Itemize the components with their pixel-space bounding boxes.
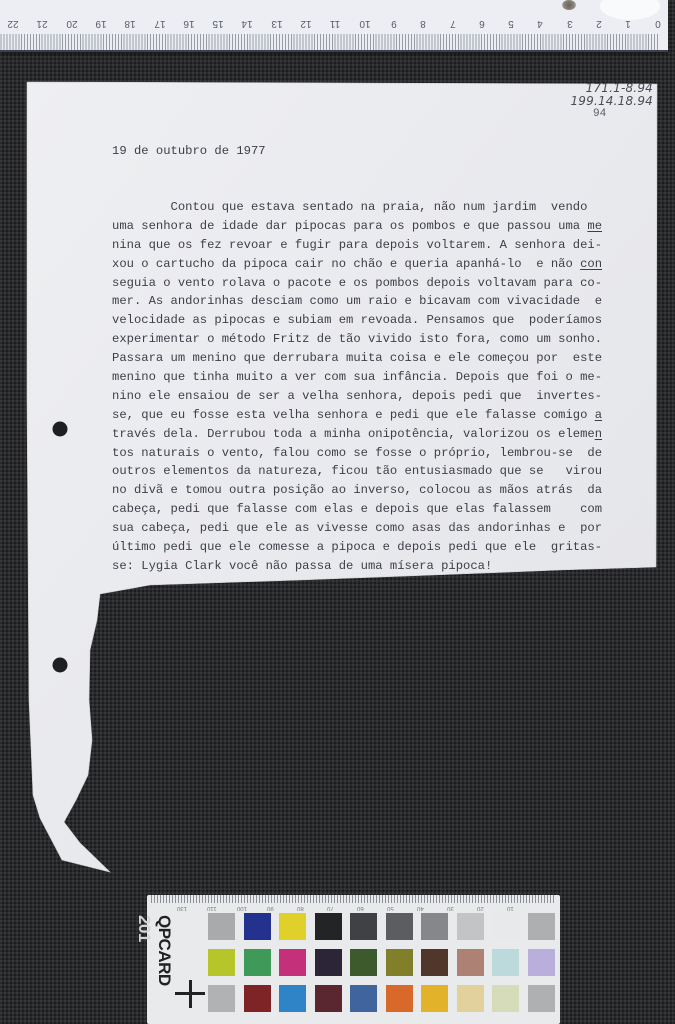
card-scale-label: 50	[387, 905, 394, 911]
text-line: menino que tinha muito a ver com sua inf…	[112, 368, 647, 387]
text-line: experimentar o método Fritz de tão vivid…	[112, 330, 647, 349]
color-swatch	[492, 913, 519, 940]
text-line: través dela. Derrubou toda a minha onipo…	[112, 425, 647, 444]
card-model: 201	[135, 915, 154, 942]
color-swatch	[279, 913, 306, 940]
color-swatch	[315, 913, 342, 940]
text-line: nina que os fez revoar e fugir para depo…	[112, 236, 647, 255]
color-swatch	[279, 949, 306, 976]
text-line: último pedi que ele comesse a pipoca e d…	[112, 538, 647, 557]
punch-hole-top	[53, 422, 68, 437]
text-line: se, que eu fosse esta velha senhora e pe…	[112, 406, 647, 425]
color-swatch	[421, 913, 448, 940]
text-line: seguia o vento rolava o pacote e os pomb…	[112, 274, 647, 293]
archive-code: 199.14.18.94	[570, 95, 653, 108]
text-line: sua cabeça, pedi que ele as vivesse como…	[112, 519, 647, 538]
text-line: Contou que estava sentado na praia, não …	[112, 198, 647, 217]
color-swatch	[350, 985, 377, 1012]
text-line: no divã e tomou outra posição ao inverso…	[112, 481, 647, 500]
color-swatch	[208, 985, 235, 1012]
archive-codes: 171.1-8.94 199.14.18.94	[570, 82, 653, 108]
card-scale-label: 110	[207, 905, 217, 911]
color-swatch	[492, 949, 519, 976]
color-swatch	[244, 985, 271, 1012]
color-swatch	[315, 985, 342, 1012]
color-calibration-card: 130110100908070605040302010 QPCARD 201	[147, 895, 560, 1024]
color-swatch	[350, 949, 377, 976]
color-swatch	[457, 985, 484, 1012]
color-swatch	[386, 949, 413, 976]
color-swatch	[208, 913, 235, 940]
text-line: velocidade as pipocas e subiam em revoad…	[112, 311, 647, 330]
card-scale-label: 130	[177, 905, 187, 911]
color-swatch	[350, 913, 377, 940]
card-scale-label: 40	[417, 905, 424, 911]
text-line: outros elementos da natureza, ficou tão …	[112, 462, 647, 481]
color-swatch	[421, 985, 448, 1012]
color-swatch	[421, 949, 448, 976]
card-scale-label: 100	[237, 905, 247, 911]
color-swatch	[386, 913, 413, 940]
card-scale-label: 90	[267, 905, 274, 911]
text-line: xou o cartucho da pipoca cair no chão e …	[112, 255, 647, 274]
text-line: mer. As andorinhas desciam como um raio …	[112, 292, 647, 311]
text-line: tos naturais o vento, falou como se foss…	[112, 444, 647, 463]
color-swatch	[492, 985, 519, 1012]
color-swatch	[279, 985, 306, 1012]
document-sheet: 171.1-8.94 199.14.18.94 94 19 de outubro…	[0, 0, 675, 1024]
color-swatch	[208, 949, 235, 976]
color-swatch	[244, 949, 271, 976]
text-line: cabeça, pedi que falasse com elas e depo…	[112, 500, 647, 519]
color-swatch	[457, 913, 484, 940]
color-swatch	[244, 913, 271, 940]
text-line: se: Lygia Clark você não passa de uma mí…	[112, 557, 647, 576]
card-scale-label: 80	[297, 905, 304, 911]
card-scale-label: 10	[507, 905, 514, 911]
card-scale-label: 30	[447, 905, 454, 911]
color-swatch	[528, 913, 555, 940]
text-line: uma senhora de idade dar pipocas para os…	[112, 217, 647, 236]
color-swatch	[386, 985, 413, 1012]
card-brand-name: QPCARD	[155, 915, 174, 986]
crosshair-icon	[189, 980, 192, 1008]
color-swatch	[315, 949, 342, 976]
text-line: nino ele ensaiou de ser a velha senhora,…	[112, 387, 647, 406]
document-date: 19 de outubro de 1977	[112, 144, 266, 158]
text-line: Passara um menino que derrubara muita co…	[112, 349, 647, 368]
color-swatch	[528, 985, 555, 1012]
typed-text-body: Contou que estava sentado na praia, não …	[112, 198, 647, 576]
punch-hole-bottom	[53, 658, 68, 673]
card-scale-label: 70	[327, 905, 334, 911]
card-scale-label: 60	[357, 905, 364, 911]
card-scale-ticks	[151, 895, 556, 903]
card-scale-label: 20	[477, 905, 484, 911]
page-number: 94	[593, 108, 606, 120]
color-swatch	[457, 949, 484, 976]
color-swatch	[528, 949, 555, 976]
card-brand: QPCARD 201	[150, 915, 174, 1005]
